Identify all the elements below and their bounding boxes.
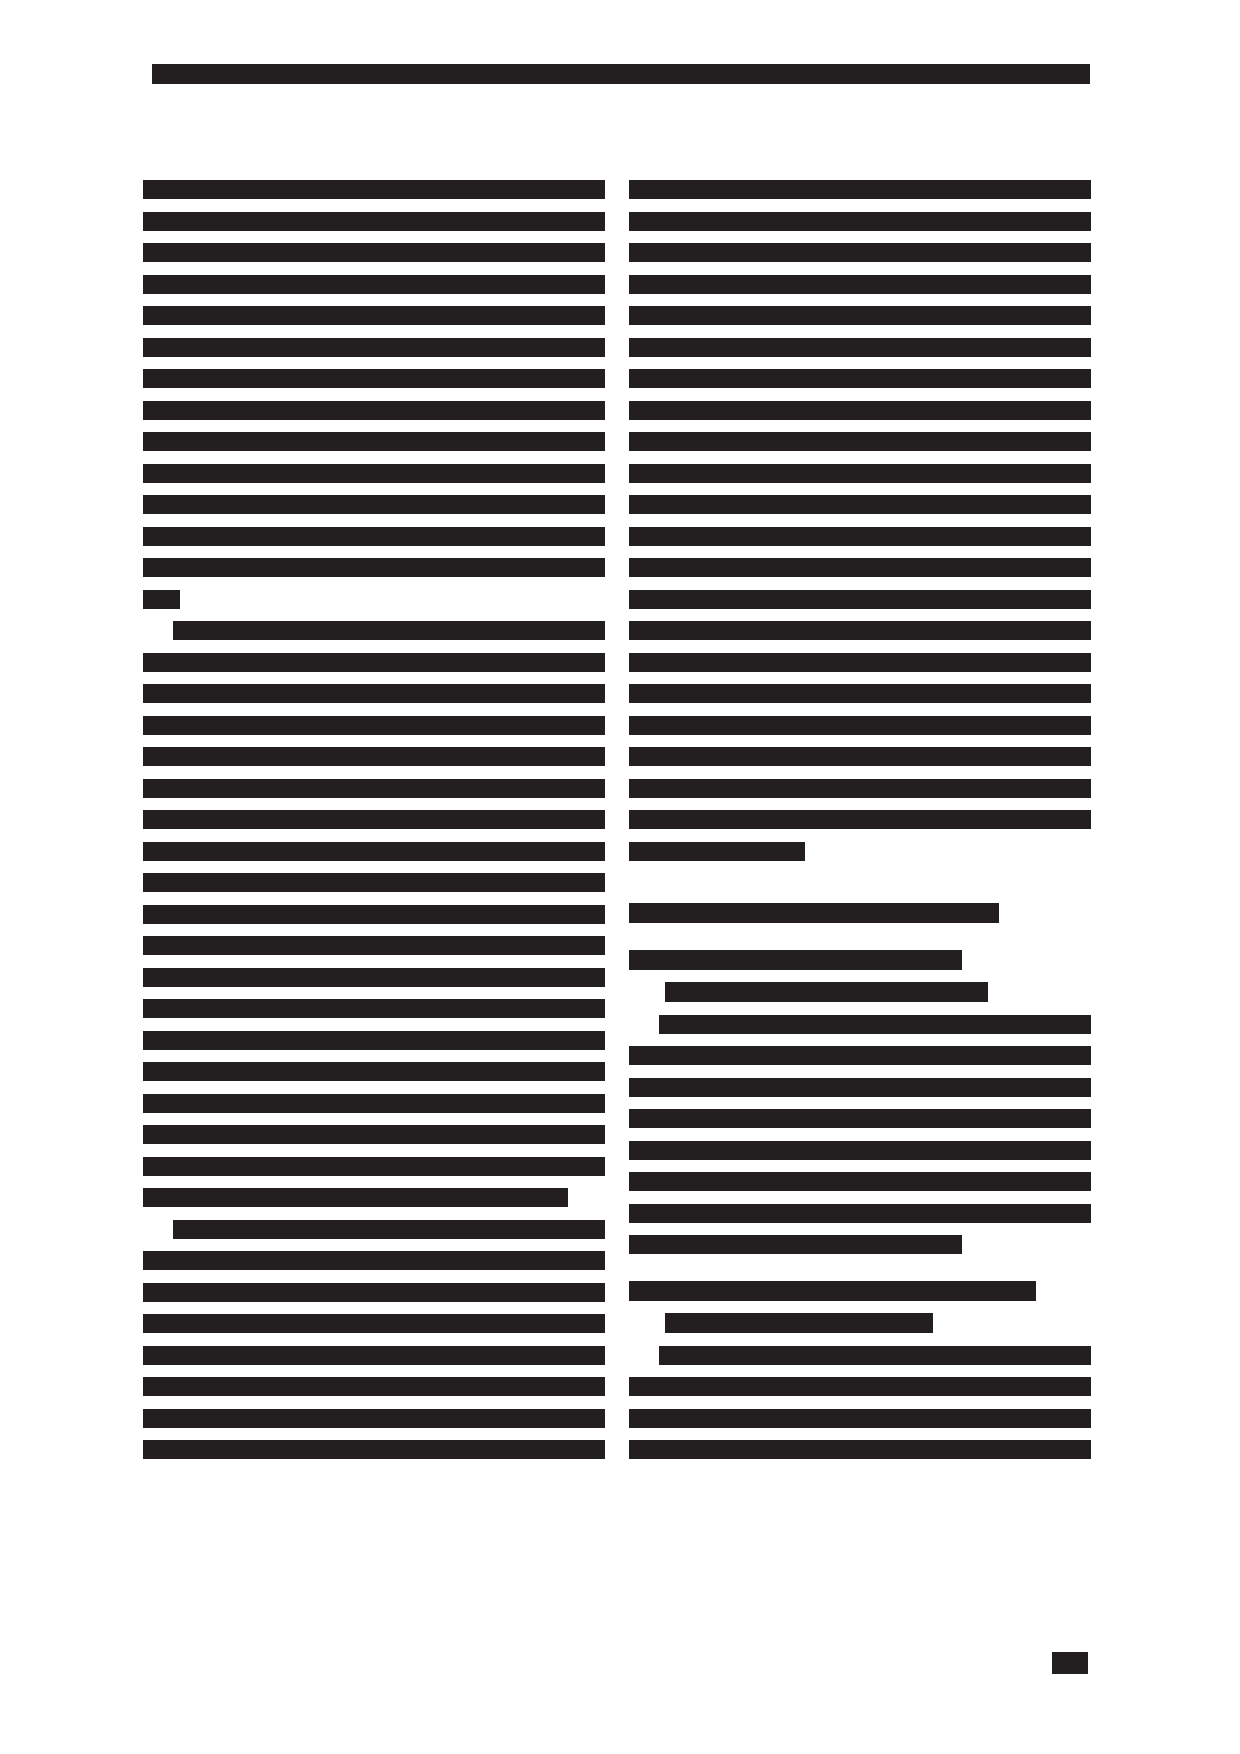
subsection-b-title <box>629 1281 1036 1301</box>
subsection-b <box>629 1281 1091 1460</box>
right-column <box>629 180 1091 1472</box>
section-heading <box>629 903 999 923</box>
page-number <box>1052 1652 1088 1674</box>
paragraph <box>143 180 605 609</box>
running-header <box>152 64 1090 84</box>
paragraph <box>143 621 605 1207</box>
subsection-a <box>629 950 1091 1255</box>
left-column <box>143 180 605 1472</box>
illegibility-notice: Source image text is pixelated/redacted … <box>0 0 1 1</box>
paragraph <box>629 180 1091 861</box>
paragraph <box>143 1220 605 1460</box>
subsection-a-title <box>629 950 962 970</box>
